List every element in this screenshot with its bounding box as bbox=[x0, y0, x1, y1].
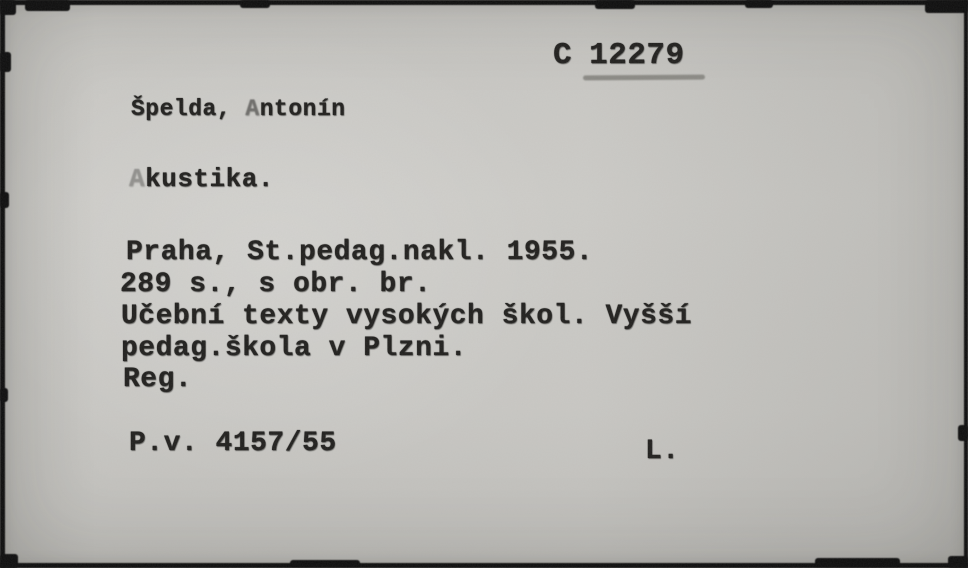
edge-blob bbox=[25, 0, 70, 11]
call-number: C12279 bbox=[553, 40, 685, 71]
edge-blob bbox=[240, 0, 270, 8]
accession-number: P.v. 4157/55 bbox=[129, 430, 337, 458]
call-number-underline bbox=[583, 75, 705, 81]
edge-blob bbox=[0, 554, 18, 568]
scan-edge-top bbox=[0, 0, 968, 5]
edge-blob bbox=[745, 0, 773, 8]
edge-blob bbox=[0, 0, 16, 15]
author-forename-rest: ntonín bbox=[260, 96, 346, 122]
note-line: Reg. bbox=[123, 366, 192, 394]
title-rest: kustika. bbox=[145, 164, 274, 194]
scan-edge-right bbox=[964, 0, 968, 568]
catalog-card-scan: C12279 Špelda, Antonín Akustika. Praha, … bbox=[0, 0, 968, 568]
edge-blob bbox=[290, 560, 360, 567]
edge-blob bbox=[925, 0, 968, 13]
collation-line: 289 s., s obr. br. bbox=[120, 271, 431, 299]
author-faint-letter: A bbox=[245, 96, 259, 122]
call-number-prefix: C bbox=[553, 38, 572, 73]
title-line: Akustika. bbox=[129, 166, 274, 192]
scan-edge-left bbox=[0, 0, 5, 568]
title-faint-letter: A bbox=[129, 164, 145, 194]
author-line: Špelda, Antonín bbox=[131, 98, 346, 121]
call-number-value: 12279 bbox=[589, 38, 685, 73]
edge-blob bbox=[0, 388, 8, 402]
edge-blob bbox=[958, 425, 968, 441]
cataloguer-initial: L. bbox=[645, 438, 680, 466]
series-line-2: pedag.škola v Plzni. bbox=[121, 335, 467, 363]
edge-blob bbox=[595, 0, 635, 9]
imprint-line: Praha, St.pedag.nakl. 1955. bbox=[126, 239, 593, 267]
series-line-1: Učební texty vysokých škol. Vyšší bbox=[121, 303, 692, 331]
edge-blob bbox=[0, 192, 9, 208]
edge-blob bbox=[948, 556, 968, 568]
edge-blob bbox=[815, 558, 900, 567]
author-surname: Špelda, bbox=[131, 96, 245, 122]
edge-blob bbox=[0, 52, 11, 72]
